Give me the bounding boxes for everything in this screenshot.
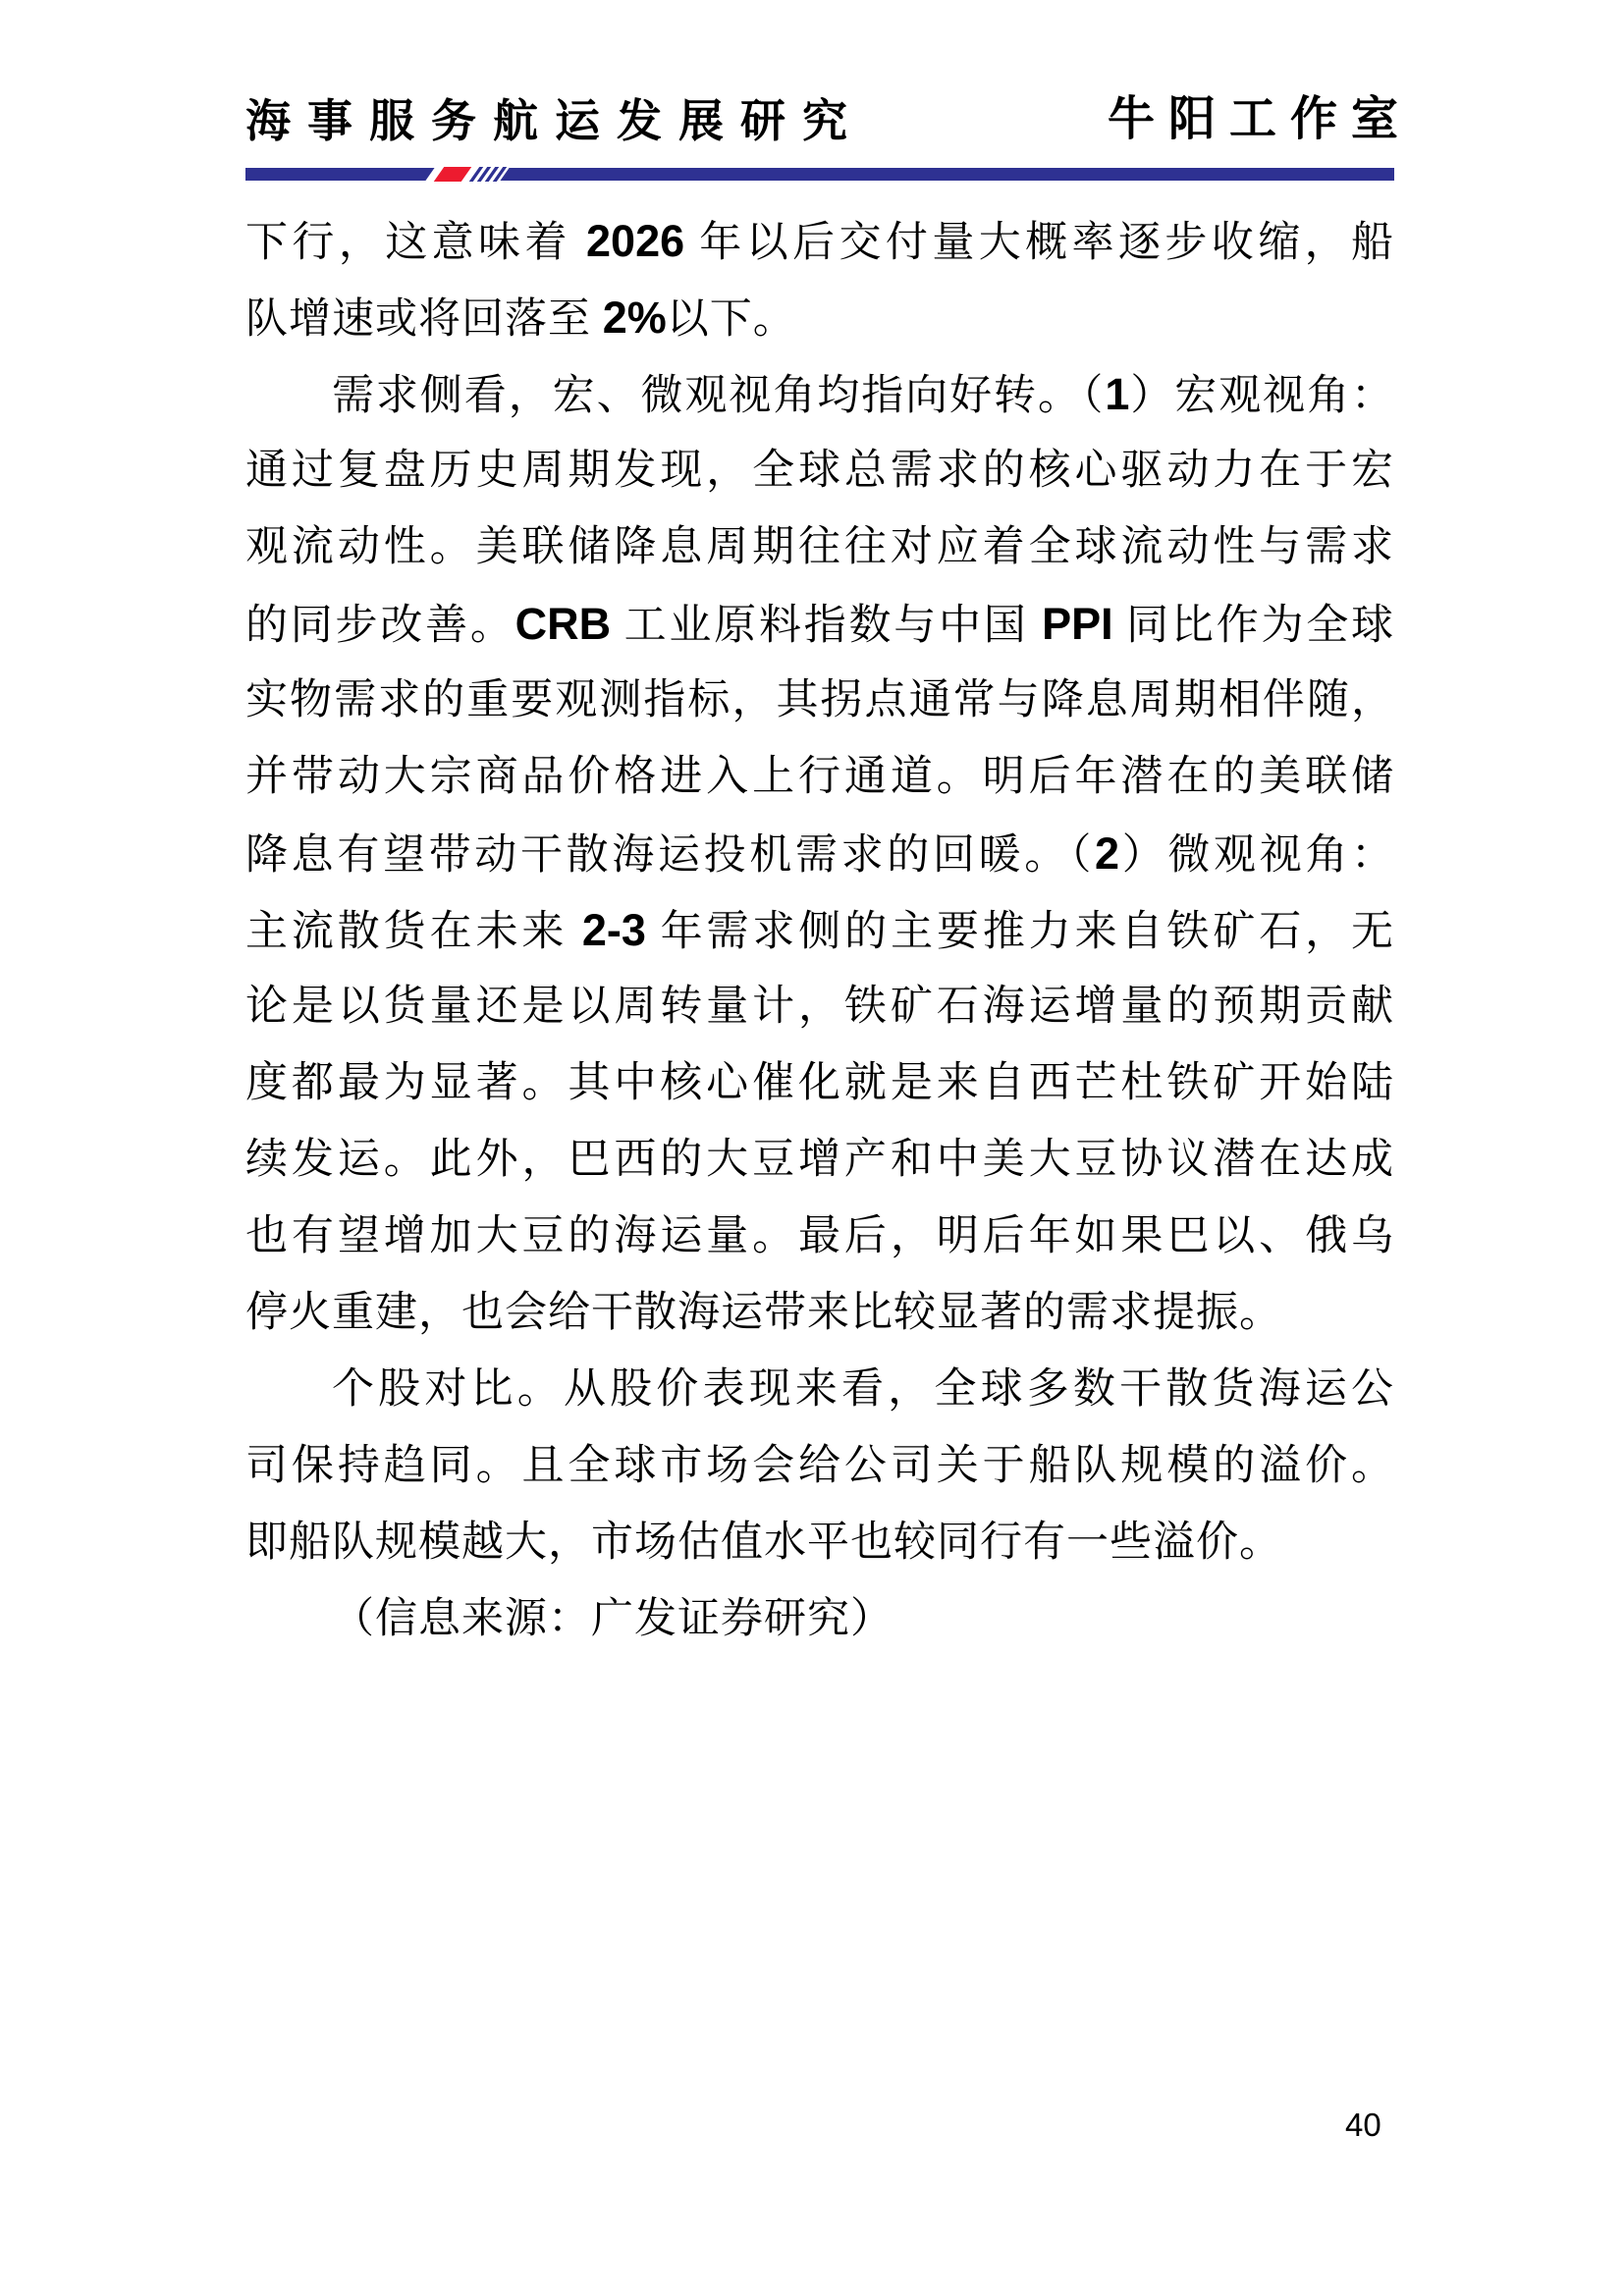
body-line: 实物需求的重要观测指标，其拐点通常与降息周期相伴随，: [245, 663, 1394, 739]
latin-run: CRB: [515, 599, 612, 649]
body-line: 主流散货在未来 2-3 年需求侧的主要推力来自铁矿石，无: [245, 892, 1394, 969]
body-line: （信息来源：广发证券研究）: [245, 1581, 1394, 1658]
page-number: 40: [1345, 2109, 1381, 2141]
latin-run: PPI: [1042, 599, 1113, 649]
header-rule-decoration: [425, 167, 511, 182]
body-line: 降息有望带动干散海运投机需求的回暖。（2）微观视角：: [245, 816, 1394, 892]
body-line: 也有望增加大豆的海运量。最后，明后年如果巴以、俄乌: [245, 1199, 1394, 1275]
body-line: 司保持趋同。且全球市场会给公司关于船队规模的溢价。: [245, 1428, 1394, 1505]
body-line: 度都最为显著。其中核心催化就是来自西芒杜铁矿开始陆: [245, 1045, 1394, 1122]
latin-run: 2: [1095, 828, 1119, 879]
body-line: 停火重建，也会给干散海运带来比较显著的需求提振。: [245, 1275, 1394, 1352]
body-line: 的同步改善。CRB 工业原料指数与中国 PPI 同比作为全球: [245, 586, 1394, 663]
latin-run: 2%: [603, 293, 667, 343]
red-accent-parallelogram: [434, 167, 472, 182]
body-line: 续发运。此外，巴西的大豆增产和中美大豆协议潜在达成: [245, 1122, 1394, 1199]
body-text: 下行，这意味着 2026 年以后交付量大概率逐步收缩，船队增速或将回落至 2%以…: [245, 203, 1394, 1658]
body-line: 通过复盘历史周期发现，全球总需求的核心驱动力在于宏: [245, 433, 1394, 509]
header-publication-title: 海事服务航运发展研究: [245, 98, 864, 143]
body-line: 即船队规模越大，市场估值水平也较同行有一些溢价。: [245, 1505, 1394, 1581]
body-line: 下行，这意味着 2026 年以后交付量大概率逐步收缩，船: [245, 203, 1394, 280]
body-line: 个股对比。从股价表现来看，全球多数干散货海运公: [245, 1352, 1394, 1428]
header-studio-name: 牛阳工作室: [1108, 96, 1412, 143]
latin-run: 1: [1105, 369, 1129, 419]
body-line: 队增速或将回落至 2%以下。: [245, 280, 1394, 356]
header-rule: [245, 168, 1394, 181]
body-line: 并带动大宗商品价格进入上行通道。明后年潜在的美联储: [245, 739, 1394, 816]
body-line: 论是以货量还是以周转量计，铁矿石海运增量的预期贡献: [245, 969, 1394, 1045]
latin-run: 2-3: [582, 905, 646, 955]
latin-run: 2026: [586, 216, 684, 266]
body-line: 需求侧看，宏、微观视角均指向好转。（1）宏观视角：: [245, 356, 1394, 433]
document-page: 海事服务航运发展研究 牛阳工作室 下行，这意味着 2026 年以后交付量大概率逐…: [0, 0, 1624, 2296]
body-line: 观流动性。美联储降息周期往往对应着全球流动性与需求: [245, 509, 1394, 586]
